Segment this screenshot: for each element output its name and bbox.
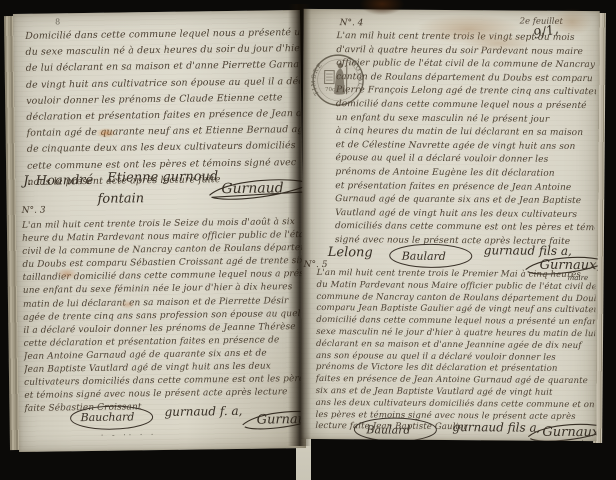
signature-fontain: fontain bbox=[97, 191, 144, 207]
record-3-number-label: N°. 3 bbox=[22, 206, 46, 216]
signature-baulard-oval: Baulard bbox=[366, 423, 410, 436]
record-2-continuation-text: Domicilié dans cette commune lequel nous… bbox=[25, 25, 301, 191]
record-4-text: L'an mil huit cent trente trois le vingt… bbox=[335, 30, 597, 250]
manuscript-line: L'an mil huit cent trente trois le vingt… bbox=[336, 30, 596, 46]
pencil-numeral: 8 bbox=[55, 17, 60, 26]
stamp-value: 70c bbox=[325, 87, 335, 93]
signature-gurnaud-flourish: Gurnaud bbox=[257, 412, 306, 428]
signature-title-maire: maire bbox=[570, 439, 591, 441]
signature-gurnaud-fils: gurnaud fils a, bbox=[484, 243, 572, 258]
pencil-dots: · - ·· · · bbox=[101, 430, 157, 440]
signature-bauchard-oval: Bauchard bbox=[81, 410, 135, 424]
record-3-text: L'an mil huit cent trente trois le Seize… bbox=[22, 216, 305, 416]
record-5-text: L'an mil huit cent trente trois le Premi… bbox=[315, 268, 595, 435]
manuscript-line: domicilié dans cette commune lequel nous… bbox=[336, 98, 596, 114]
signature-lelong: Lelong bbox=[328, 245, 373, 260]
manuscript-line: prénoms de Antoine Eugène les dit déclar… bbox=[335, 166, 595, 182]
signature-gurnaux-maire-flourish: Gurnaux bbox=[542, 425, 599, 440]
left-page: 8 Domicilié dans cette commune lequel no… bbox=[13, 10, 306, 452]
signature-etienne-gurnoud: Etienne gurnoud bbox=[107, 169, 218, 186]
signature-hoandre: J. Hoandré bbox=[23, 173, 93, 189]
signature-gurnaud-fils: gurnaud f. a, bbox=[164, 404, 242, 419]
signature-baulard-oval: Baulard bbox=[402, 250, 446, 263]
signature-gurnaud-maire-flourish: Gurnaud bbox=[221, 180, 283, 197]
signature-gurnaud-fils: gurnaud fils a, bbox=[452, 420, 540, 435]
record-4-number-label: N°. 4 bbox=[340, 18, 364, 28]
right-page: 2e feuillet 9/1, N°. 4 70c TIMBRE ROYAL … bbox=[300, 9, 599, 441]
